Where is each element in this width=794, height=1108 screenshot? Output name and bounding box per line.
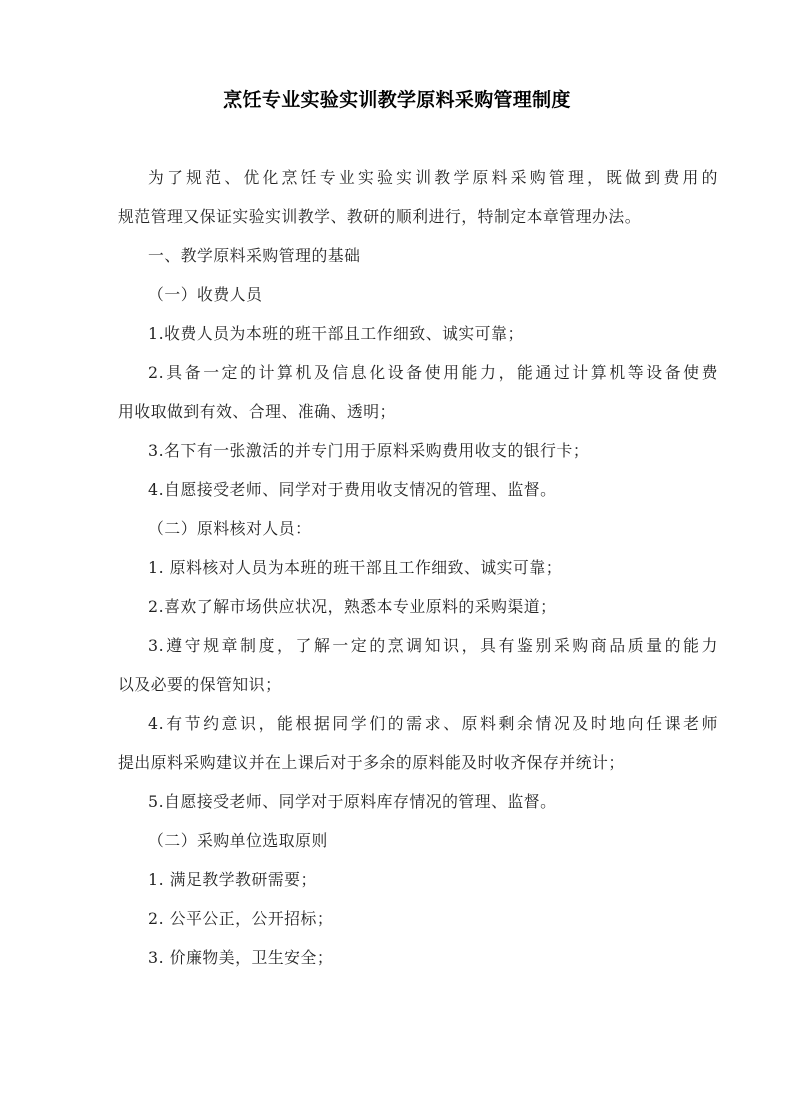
list-item: 2.具备一定的计算机及信息化设备使用能力，能通过计算机等设备使费 <box>118 353 718 392</box>
list-item: 1.收费人员为本班的班干部且工作细致、诚实可靠； <box>118 314 718 353</box>
subsection-heading: （一）收费人员 <box>118 275 718 314</box>
list-item: 2. 公平公正，公开招标； <box>118 899 718 938</box>
paragraph-line: 为了规范、优化烹饪专业实验实训教学原料采购管理，既做到费用的 <box>118 158 718 197</box>
list-item-continuation: 提出原料采购建议并在上课后对于多余的原料能及时收齐保存并统计； <box>118 743 718 782</box>
list-item: 5.自愿接受老师、同学对于原料库存情况的管理、监督。 <box>118 782 718 821</box>
list-item: 4.自愿接受老师、同学对于费用收支情况的管理、监督。 <box>118 470 718 509</box>
document-title: 烹饪专业实验实训教学原料采购管理制度 <box>0 86 794 114</box>
list-item: 4.有节约意识，能根据同学们的需求、原料剩余情况及时地向任课老师 <box>118 704 718 743</box>
document-body: 为了规范、优化烹饪专业实验实训教学原料采购管理，既做到费用的 规范管理又保证实验… <box>118 158 718 977</box>
document-page: 烹饪专业实验实训教学原料采购管理制度 为了规范、优化烹饪专业实验实训教学原料采购… <box>0 0 794 1108</box>
list-item: 3.名下有一张激活的并专门用于原料采购费用收支的银行卡； <box>118 431 718 470</box>
list-item-continuation: 以及必要的保管知识； <box>118 665 718 704</box>
paragraph-line: 规范管理又保证实验实训教学、教研的顺利进行，特制定本章管理办法。 <box>118 197 718 236</box>
subsection-heading: （二）采购单位选取原则 <box>118 821 718 860</box>
list-item: 1. 原料核对人员为本班的班干部且工作细致、诚实可靠； <box>118 548 718 587</box>
list-item: 1. 满足教学教研需要； <box>118 860 718 899</box>
list-item: 3.遵守规章制度，了解一定的烹调知识，具有鉴别采购商品质量的能力 <box>118 626 718 665</box>
list-item: 3. 价廉物美，卫生安全； <box>118 938 718 977</box>
list-item: 2.喜欢了解市场供应状况，熟悉本专业原料的采购渠道； <box>118 587 718 626</box>
list-item-continuation: 用收取做到有效、合理、准确、透明； <box>118 392 718 431</box>
section-heading: 一、教学原料采购管理的基础 <box>118 236 718 275</box>
subsection-heading: （二）原料核对人员： <box>118 509 718 548</box>
